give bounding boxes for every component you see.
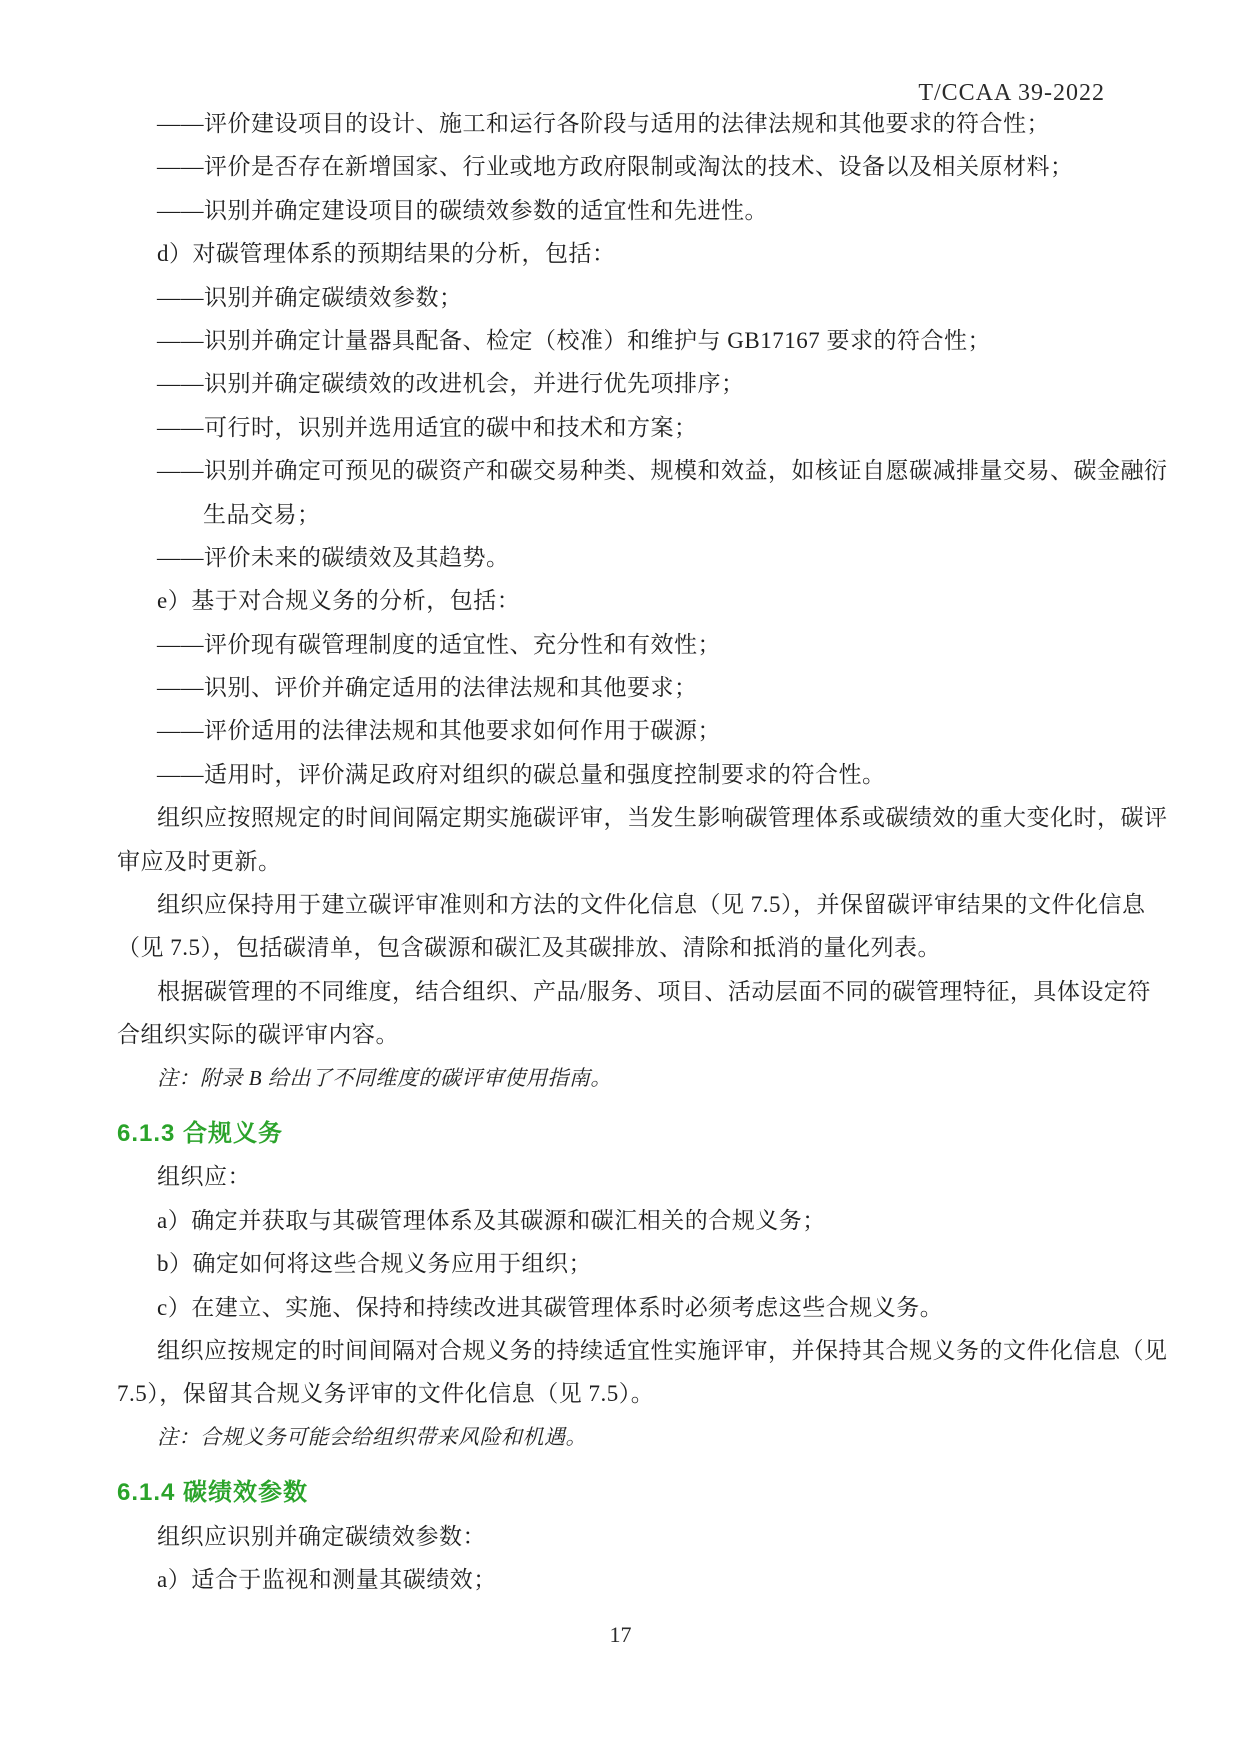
text-line: b）确定如何将这些合规义务应用于组织；: [117, 1242, 1125, 1285]
text-line: 审应及时更新。: [117, 840, 1125, 883]
text-line: ——评价是否存在新增国家、行业或地方政府限制或淘汰的技术、设备以及相关原材料；: [117, 145, 1125, 188]
text-line: ——识别并确定碳绩效的改进机会，并进行优先项排序；: [117, 362, 1125, 405]
text-line: 7.5），保留其合规义务评审的文件化信息（见 7.5）。: [117, 1372, 1125, 1415]
text-line: ——可行时，识别并选用适宜的碳中和技术和方案；: [117, 406, 1125, 449]
text-line: 生品交易；: [117, 493, 1125, 536]
document-page: T/CCAA 39-2022 ——评价建设项目的设计、施工和运行各阶段与适用的法…: [0, 0, 1241, 1755]
section-heading: 6.1.3 合规义务: [117, 1112, 1125, 1155]
text-line: 组织应按照规定的时间间隔定期实施碳评审，当发生影响碳管理体系或碳绩效的重大变化时…: [117, 796, 1125, 839]
document-body: ——评价建设项目的设计、施工和运行各阶段与适用的法律法规和其他要求的符合性；——…: [117, 102, 1125, 1601]
text-line: ——评价适用的法律法规和其他要求如何作用于碳源；: [117, 709, 1125, 752]
note-line: 注：附录 B 给出了不同维度的碳评审使用指南。: [117, 1057, 1125, 1100]
text-line: ——识别并确定碳绩效参数；: [117, 276, 1125, 319]
text-line: （见 7.5），包括碳清单，包含碳源和碳汇及其碳排放、清除和抵消的量化列表。: [117, 926, 1125, 969]
text-line: ——适用时，评价满足政府对组织的碳总量和强度控制要求的符合性。: [117, 753, 1125, 796]
text-line: ——识别、评价并确定适用的法律法规和其他要求；: [117, 666, 1125, 709]
text-line: ——评价未来的碳绩效及其趋势。: [117, 536, 1125, 579]
text-line: 组织应识别并确定碳绩效参数：: [117, 1515, 1125, 1558]
text-line: ——识别并确定建设项目的碳绩效参数的适宜性和先进性。: [117, 189, 1125, 232]
text-line: a）适合于监视和测量其碳绩效；: [117, 1558, 1125, 1601]
text-line: ——识别并确定计量器具配备、检定（校准）和维护与 GB17167 要求的符合性；: [117, 319, 1125, 362]
text-line: 合组织实际的碳评审内容。: [117, 1013, 1125, 1056]
text-line: ——评价建设项目的设计、施工和运行各阶段与适用的法律法规和其他要求的符合性；: [117, 102, 1125, 145]
page-number: 17: [0, 1622, 1241, 1648]
text-line: ——识别并确定可预见的碳资产和碳交易种类、规模和效益，如核证自愿碳减排量交易、碳…: [117, 449, 1125, 492]
text-line: 组织应保持用于建立碳评审准则和方法的文件化信息（见 7.5），并保留碳评审结果的…: [117, 883, 1125, 926]
note-line: 注：合规义务可能会给组织带来风险和机遇。: [117, 1416, 1125, 1459]
text-line: ——评价现有碳管理制度的适宜性、充分性和有效性；: [117, 623, 1125, 666]
text-line: 根据碳管理的不同维度，结合组织、产品/服务、项目、活动层面不同的碳管理特征，具体…: [117, 970, 1125, 1013]
text-line: 组织应按规定的时间间隔对合规义务的持续适宜性实施评审，并保持其合规义务的文件化信…: [117, 1329, 1125, 1372]
text-line: 组织应：: [117, 1155, 1125, 1198]
text-line: d）对碳管理体系的预期结果的分析，包括：: [117, 232, 1125, 275]
text-line: a）确定并获取与其碳管理体系及其碳源和碳汇相关的合规义务；: [117, 1199, 1125, 1242]
section-heading: 6.1.4 碳绩效参数: [117, 1471, 1125, 1514]
text-line: e）基于对合规义务的分析，包括：: [117, 579, 1125, 622]
text-line: c）在建立、实施、保持和持续改进其碳管理体系时必须考虑这些合规义务。: [117, 1286, 1125, 1329]
